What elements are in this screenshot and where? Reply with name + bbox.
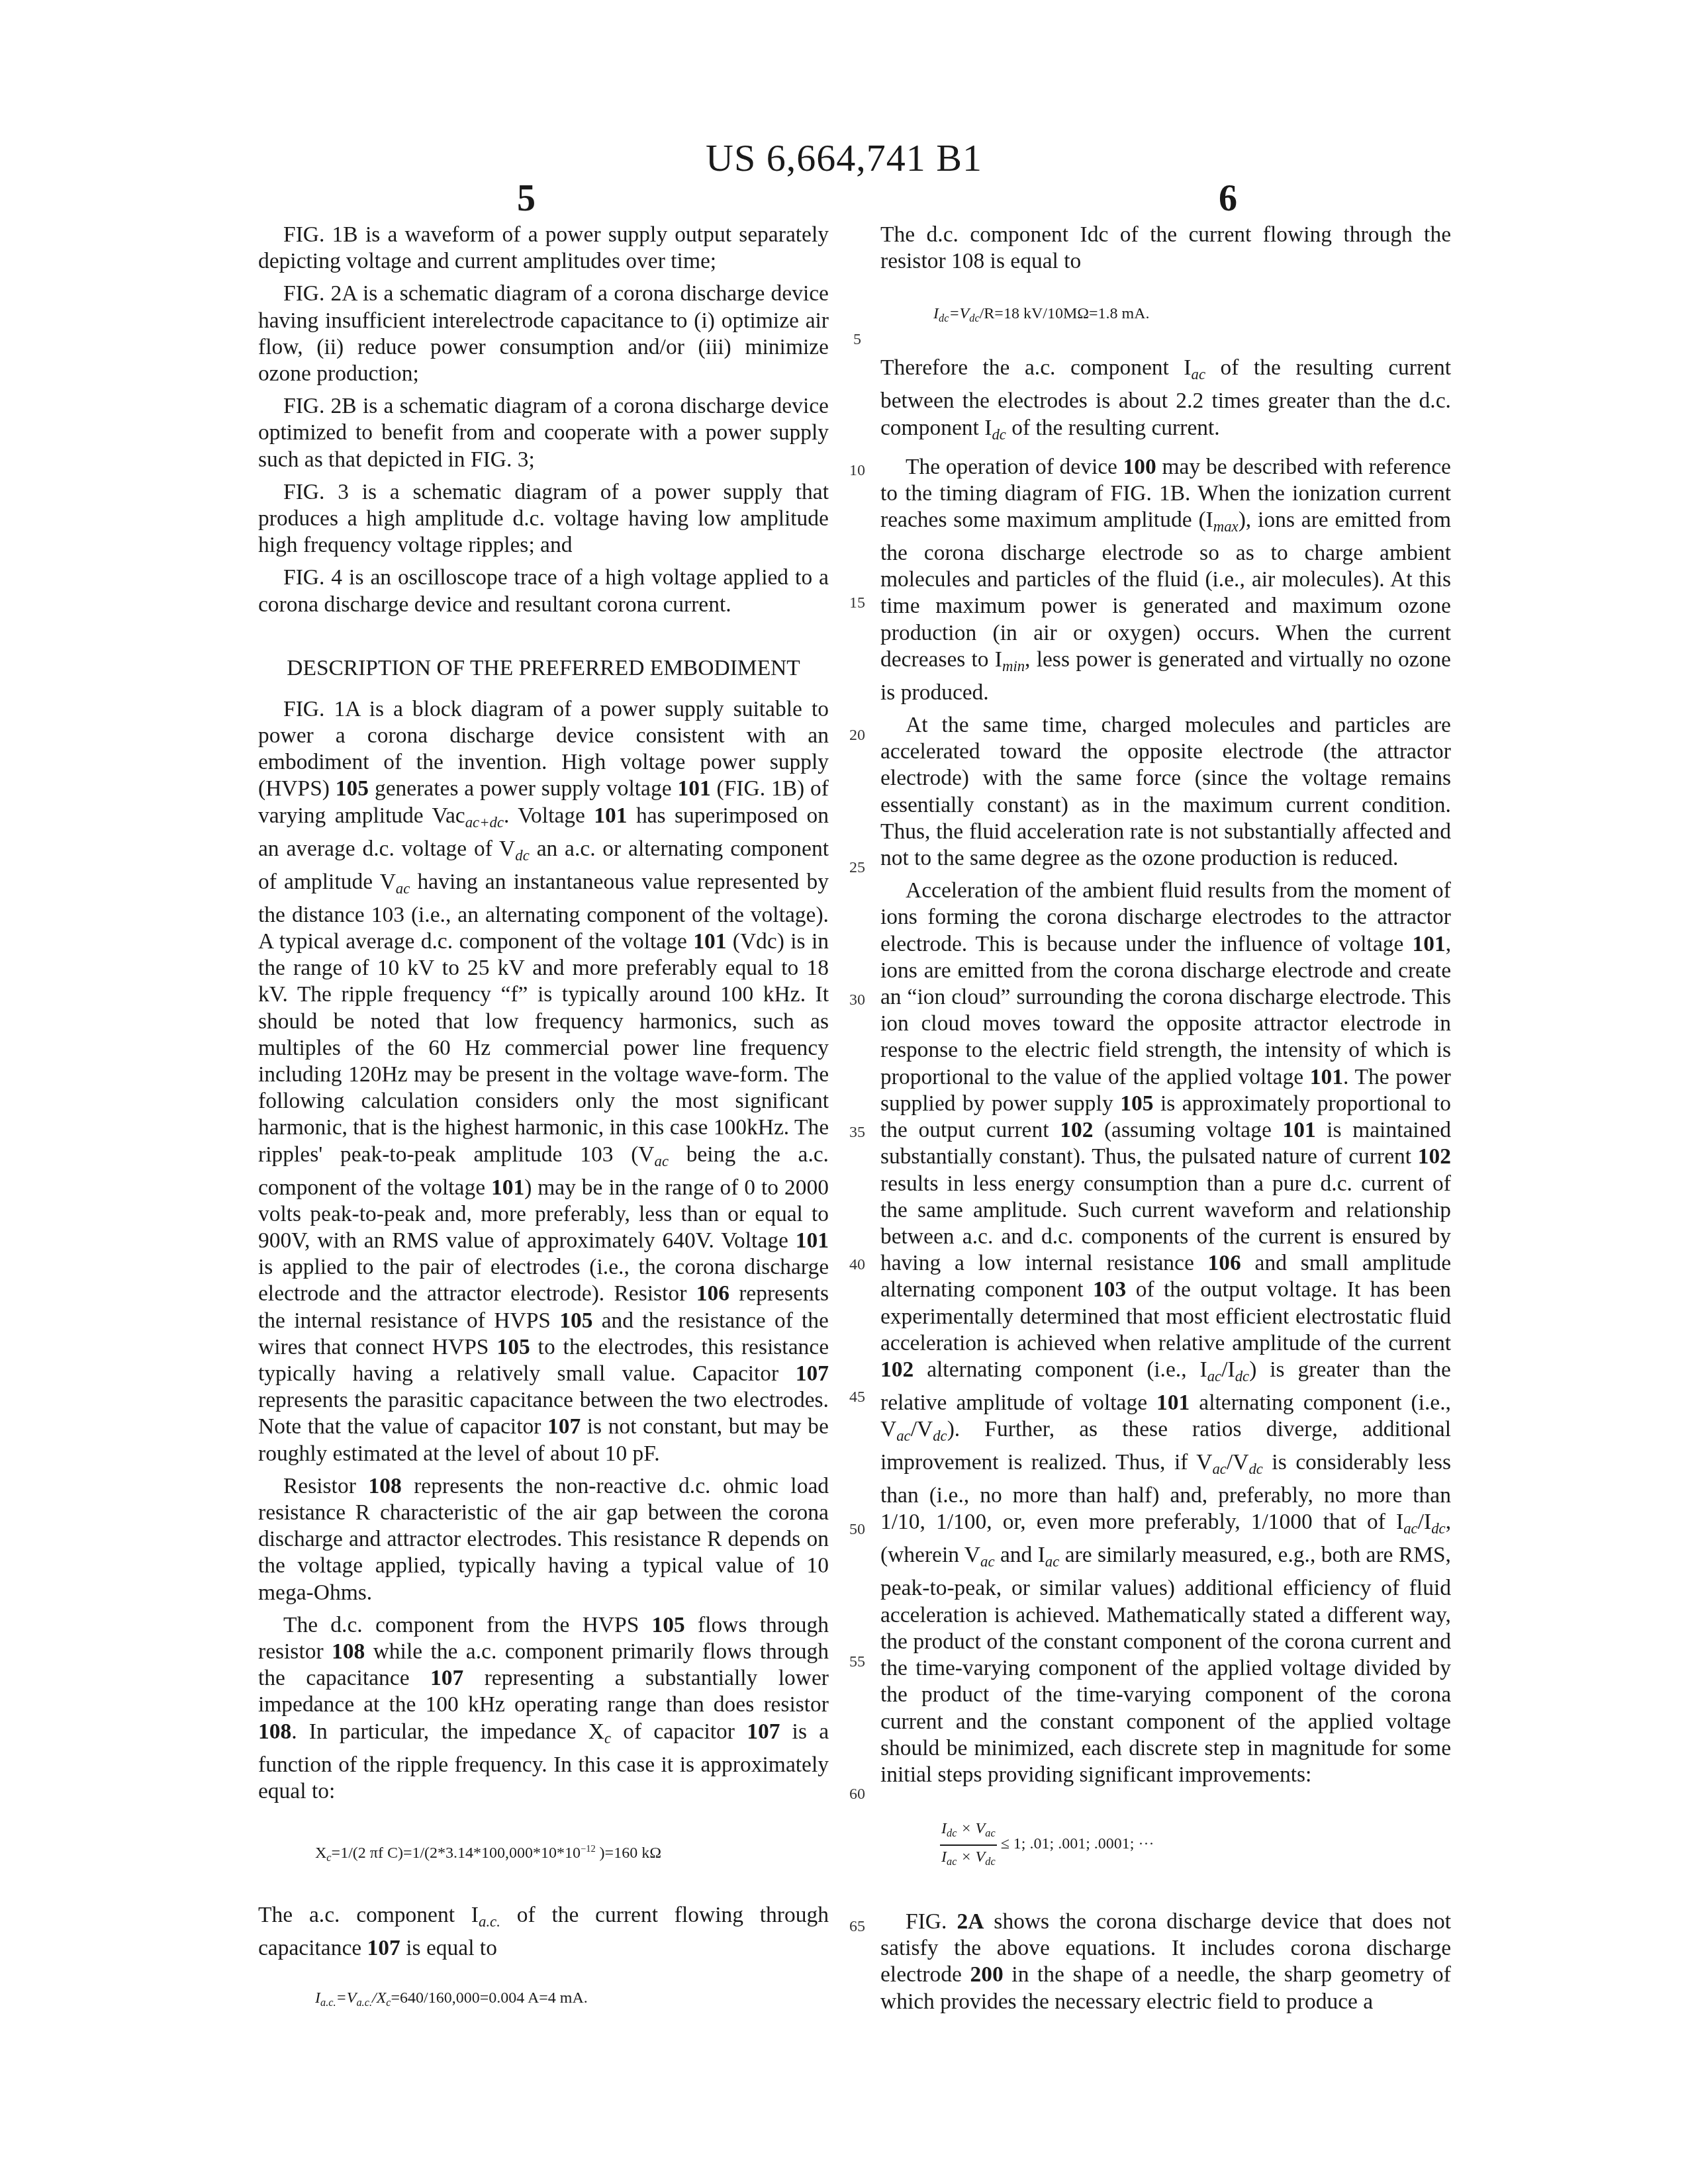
paragraph-therefore: Therefore the a.c. component Iac of the … — [880, 355, 1451, 447]
section-heading: DESCRIPTION OF THE PREFERRED EMBODIMENT — [258, 655, 829, 682]
column-number-right: 6 — [1201, 177, 1254, 220]
equation-ratio: Idc × Vac Iac × Vdc ≤ 1; .01; .001; .000… — [940, 1819, 1451, 1872]
line-number: 45 — [844, 1388, 870, 1406]
left-column: FIG. 1B is a waveform of a power supply … — [258, 222, 829, 2047]
paragraph-dc-component: The d.c. component from the HVPS 105 flo… — [258, 1612, 829, 1805]
paragraph-same-time: At the same time, charged molecules and … — [880, 712, 1451, 872]
paragraph-operation: The operation of device 100 may be descr… — [880, 454, 1451, 706]
line-number: 5 — [844, 331, 870, 349]
line-number: 40 — [844, 1256, 870, 1274]
paragraph-fig-1a: FIG. 1A is a block diagram of a power su… — [258, 696, 829, 1467]
paragraph-fig-4: FIG. 4 is an oscilloscope trace of a hig… — [258, 565, 829, 617]
equation-xc: Xc=1/(2 πf C)=1/(2*3.14*100,000*10*10−12… — [315, 1839, 829, 1868]
line-number: 15 — [844, 594, 870, 612]
paragraph-fig-3: FIG. 3 is a schematic diagram of a power… — [258, 479, 829, 559]
line-number: 50 — [844, 1521, 870, 1539]
equation-fraction: Idc × Vac Iac × Vdc — [940, 1819, 997, 1872]
paragraph-idc: The d.c. component Idc of the current fl… — [880, 222, 1451, 275]
line-number: 30 — [844, 991, 870, 1009]
line-number: 60 — [844, 1786, 870, 1803]
paragraph-fig-1b: FIG. 1B is a waveform of a power supply … — [258, 222, 829, 275]
column-number-left: 5 — [500, 177, 553, 220]
line-number: 25 — [844, 859, 870, 877]
paragraph-ac-component: The a.c. component Ia.c. of the current … — [258, 1902, 829, 1962]
patent-number-header: US 6,664,741 B1 — [0, 136, 1688, 180]
line-number: 55 — [844, 1653, 870, 1671]
line-number: 35 — [844, 1124, 870, 1142]
line-number: 65 — [844, 1918, 870, 1936]
paragraph-fig-2a: FIG. 2A is a schematic diagram of a coro… — [258, 281, 829, 387]
paragraph-acceleration: Acceleration of the ambient fluid result… — [880, 878, 1451, 1788]
right-column: The d.c. component Idc of the current fl… — [880, 222, 1451, 2021]
paragraph-fig-2b: FIG. 2B is a schematic diagram of a coro… — [258, 393, 829, 473]
paragraph-resistor-108: Resistor 108 represents the non-reactive… — [258, 1473, 829, 1606]
line-number: 10 — [844, 462, 870, 480]
line-number: 20 — [844, 727, 870, 745]
equation-idc: Idc=Vdc/R=18 kV/10MΩ=1.8 mA. — [933, 304, 1451, 328]
equation-iac: Ia.c.=Va.c./Xc=640/160,000=0.004 A=4 mA. — [315, 1988, 829, 2013]
paragraph-fig-2a-shows: FIG. 2A shows the corona discharge devic… — [880, 1909, 1451, 2015]
